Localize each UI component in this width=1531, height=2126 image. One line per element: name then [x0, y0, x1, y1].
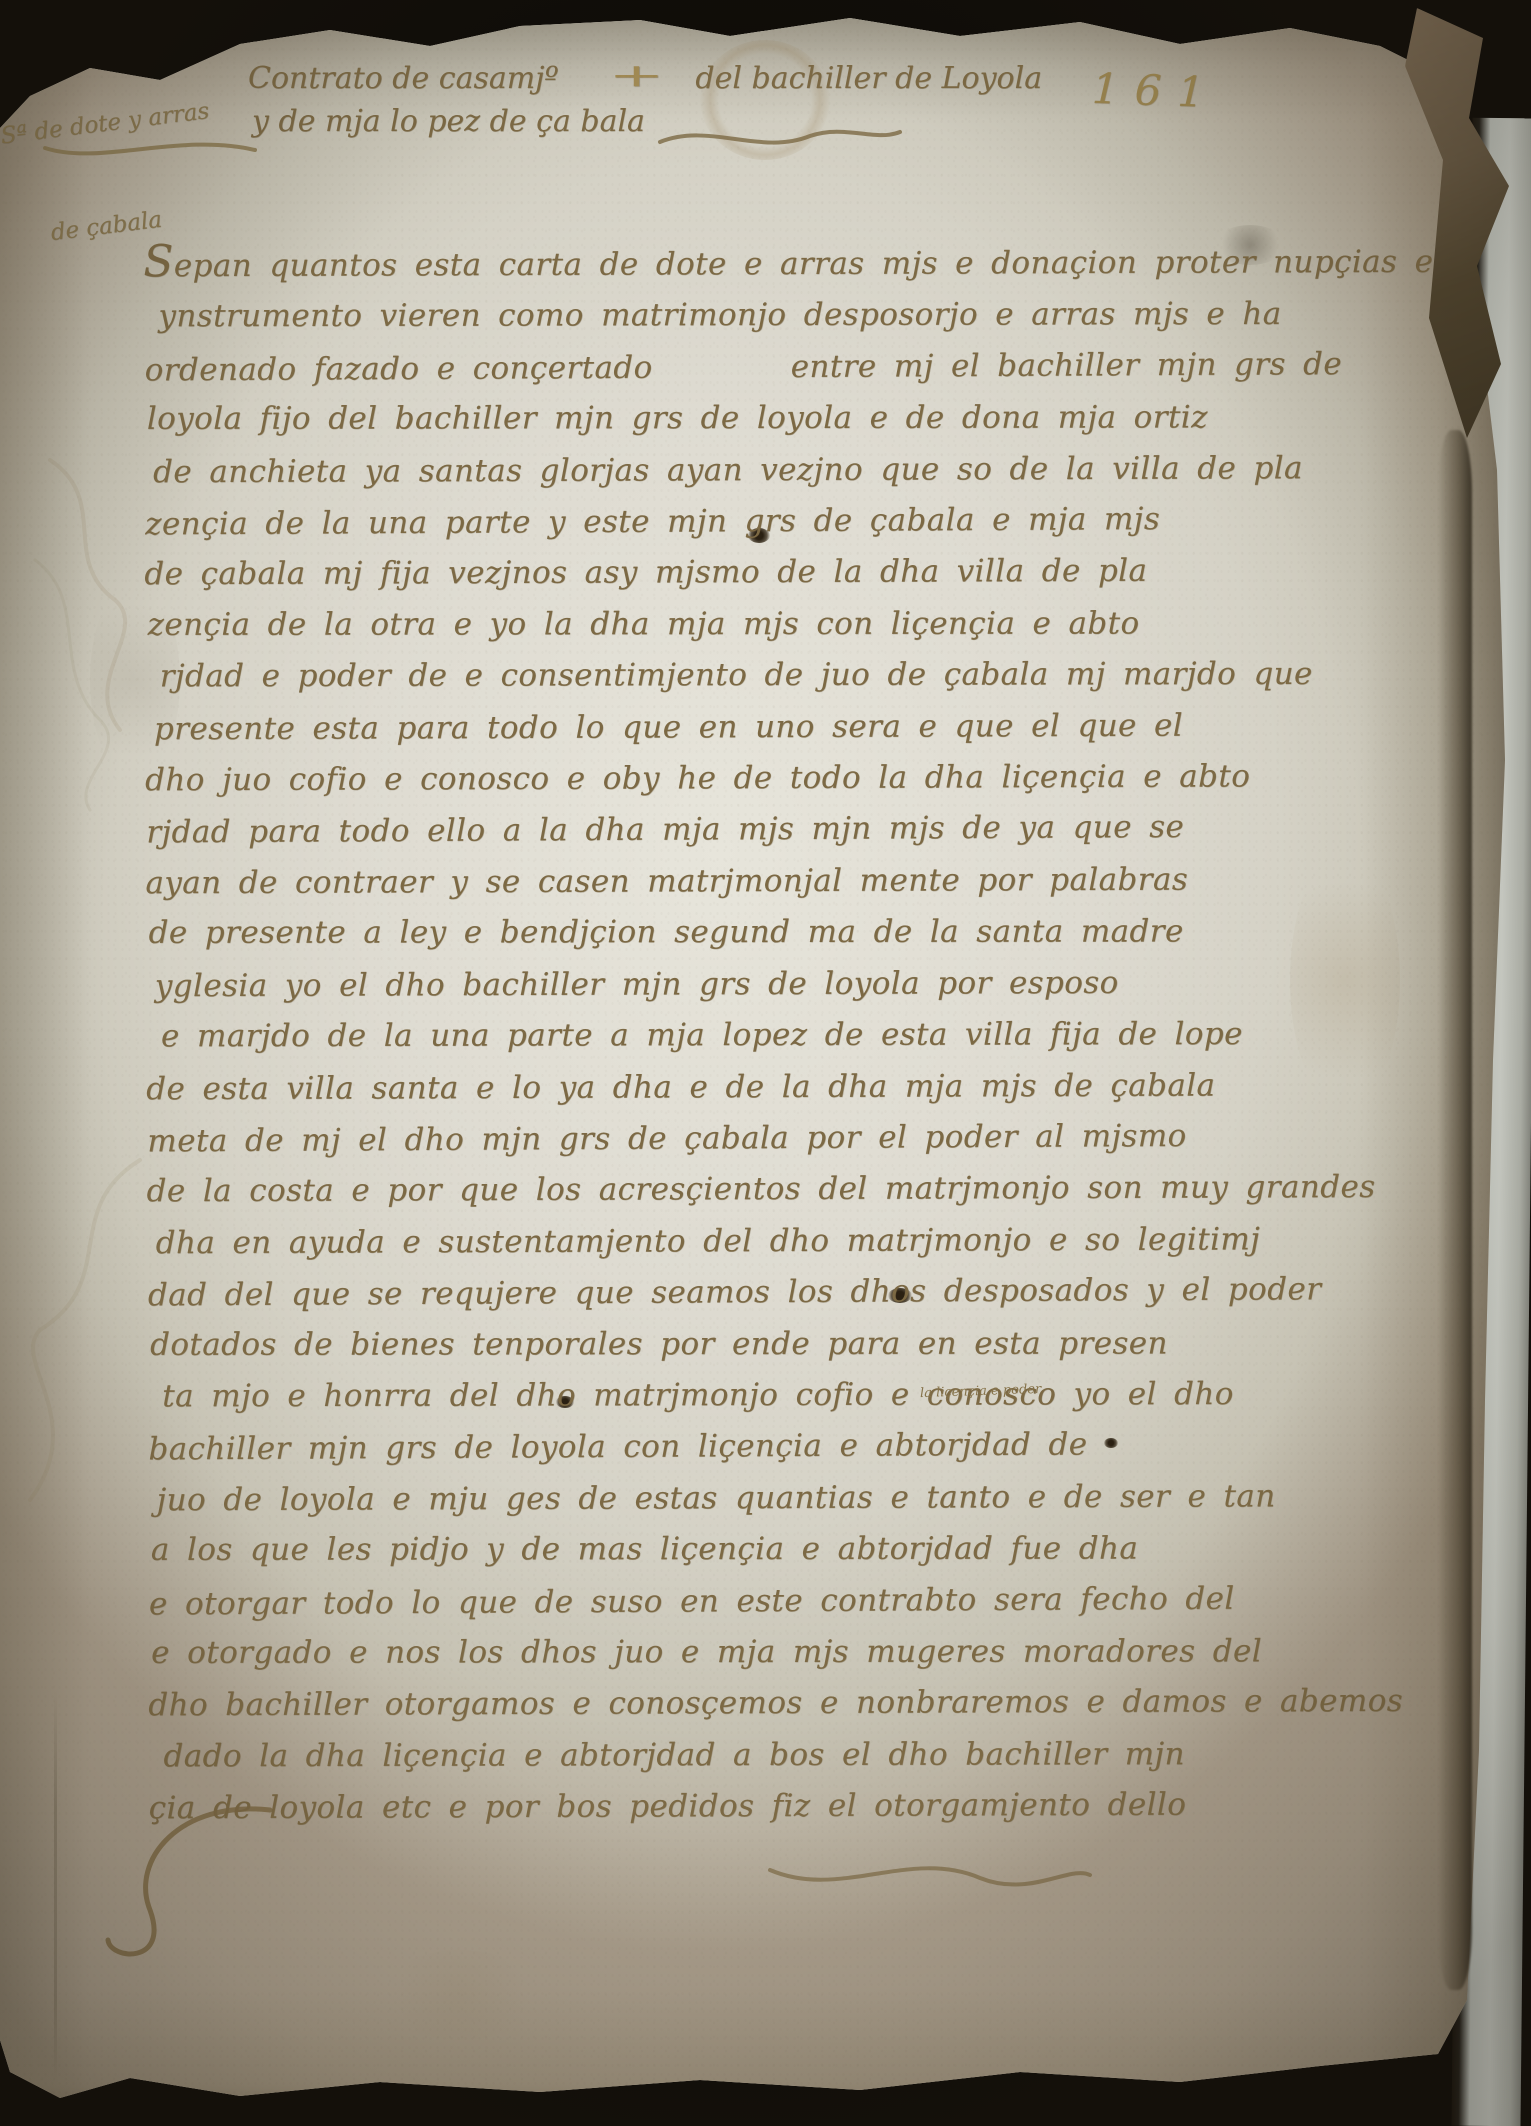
manuscript-scan: Sª de dote y arras de çabala Contrato de… — [0, 0, 1531, 2126]
paper-grain — [0, 0, 1531, 2126]
right-edge-shadow — [1438, 430, 1472, 1990]
manuscript-page: Sª de dote y arras de çabala Contrato de… — [0, 0, 1531, 2126]
